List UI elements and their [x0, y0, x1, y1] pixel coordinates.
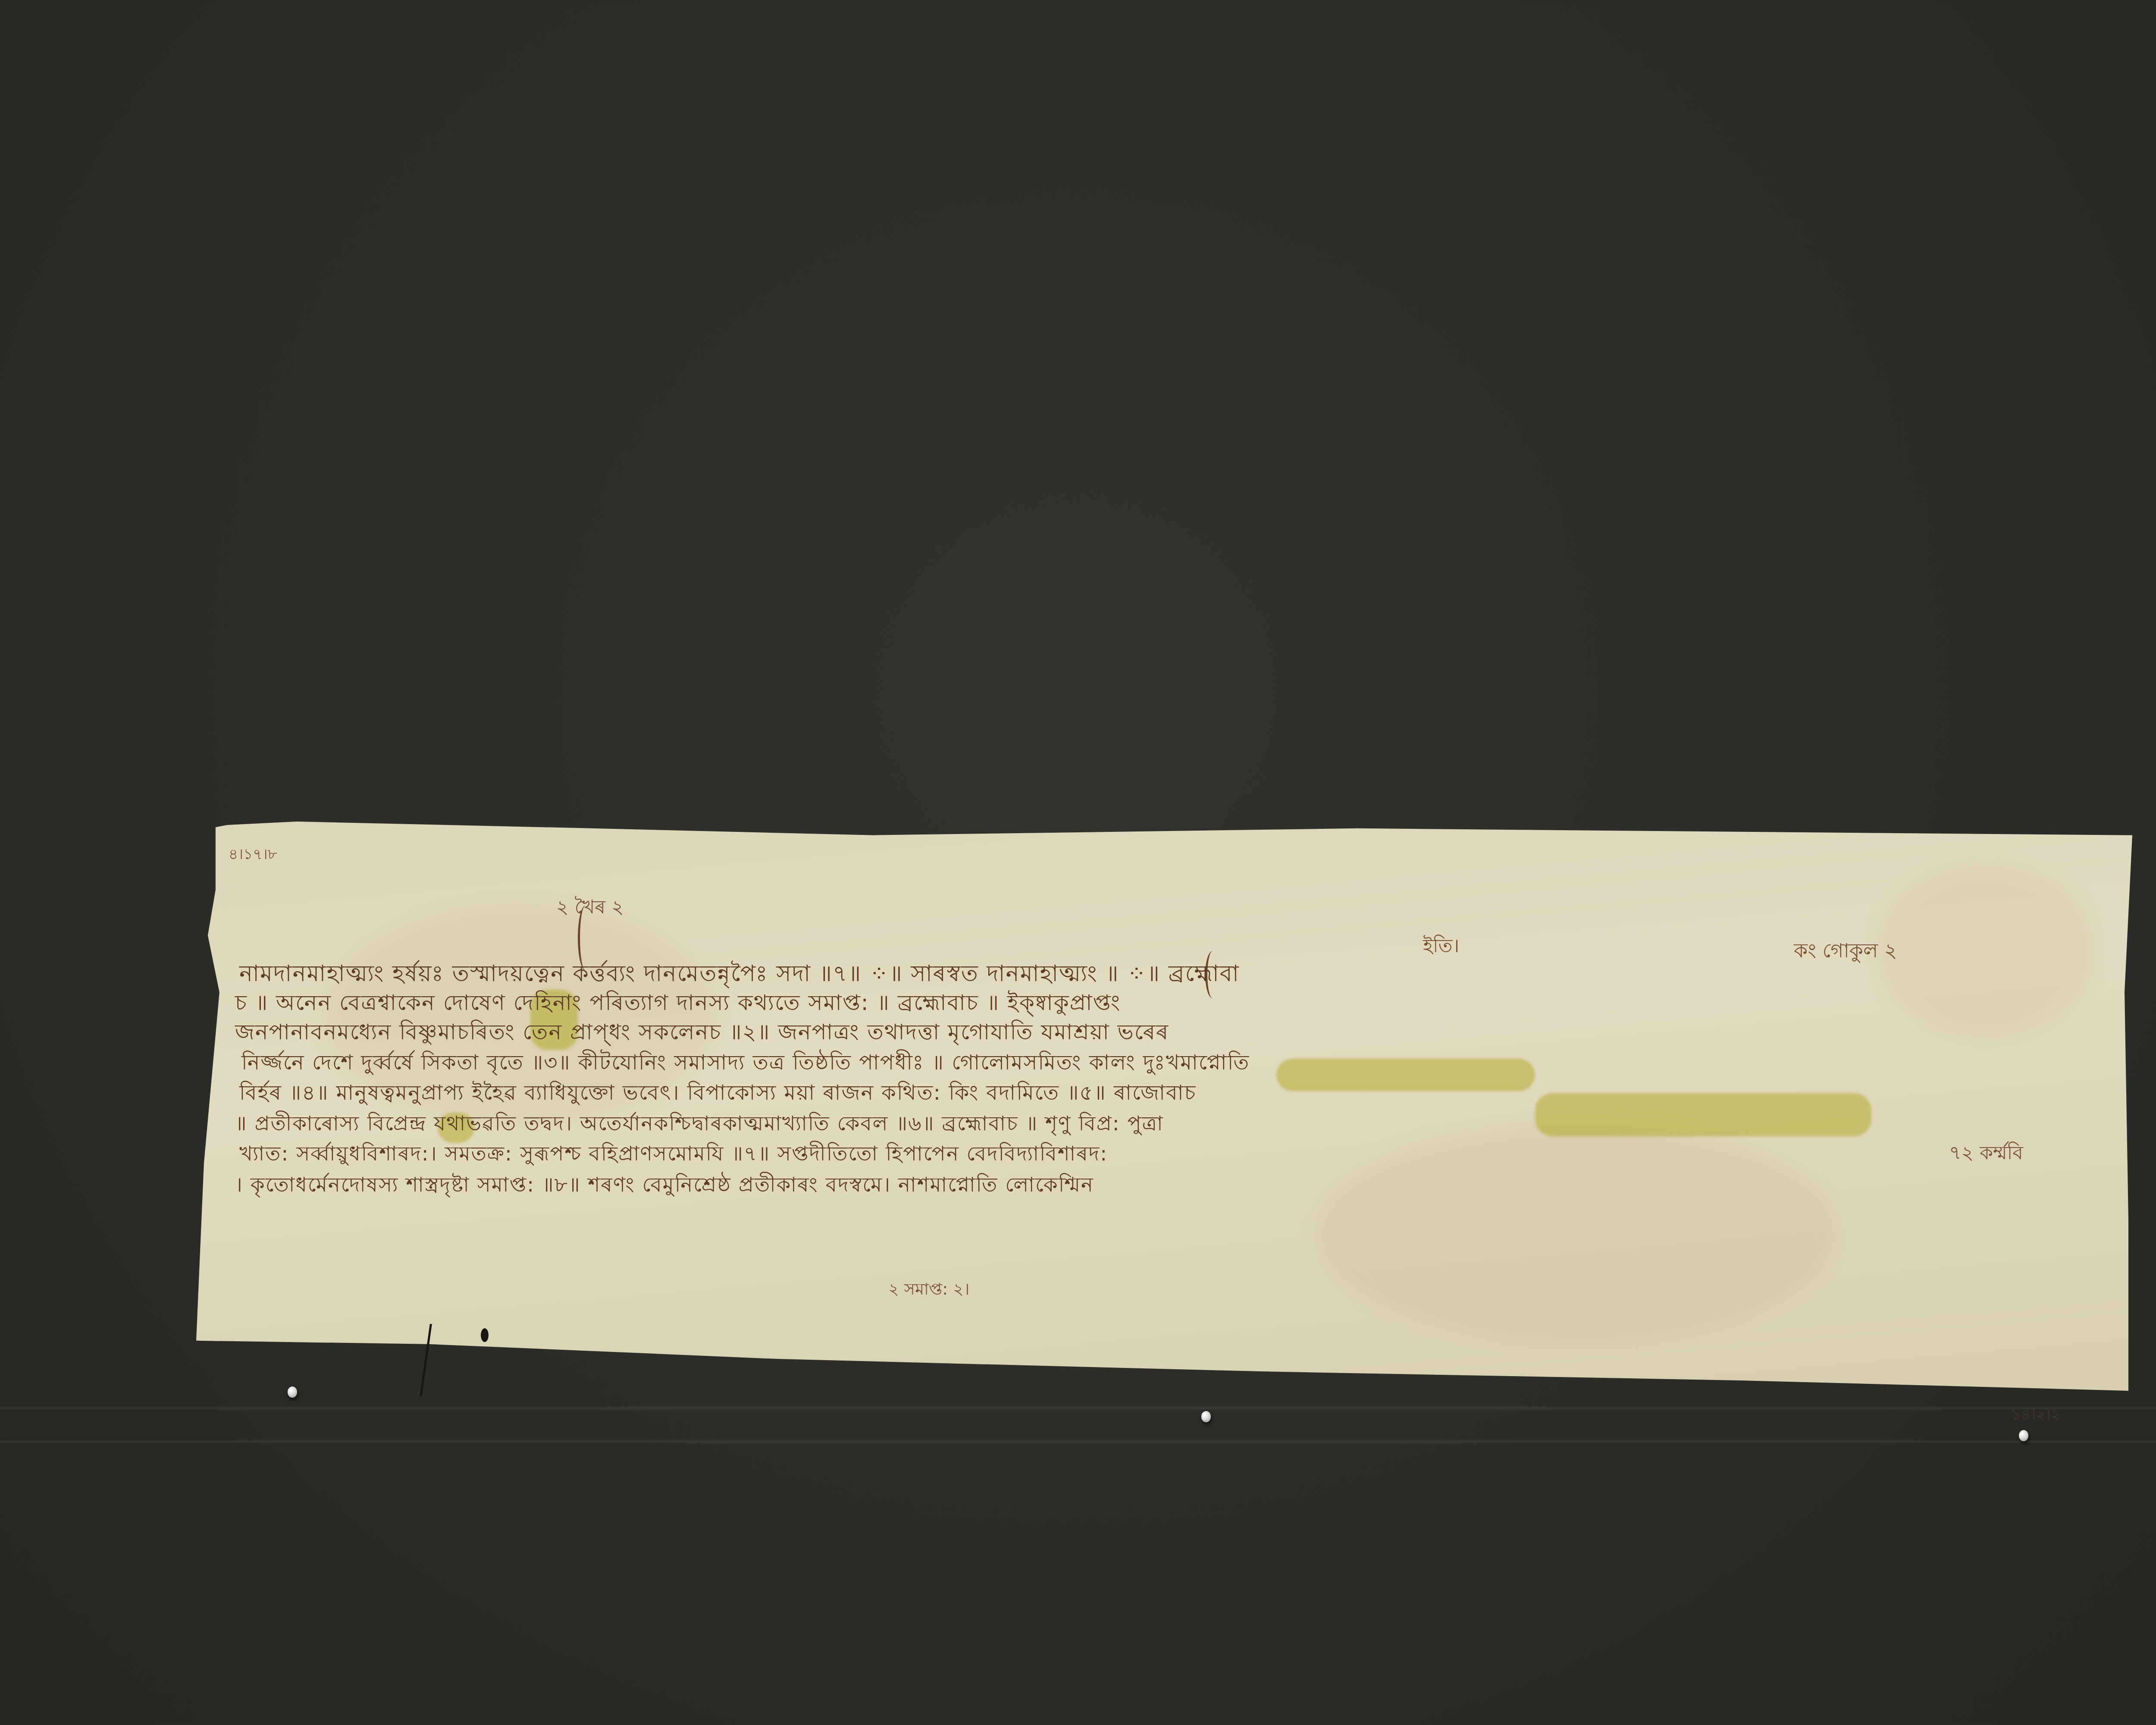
catalog-number: ১৪।২।২: [2012, 1404, 2060, 1428]
text-line: বিৰ্হৰ ॥৪॥ মানুষত্বমনুপ্ৰাপ্য ইহৈৱ ব্যাধ…: [239, 1082, 1197, 1103]
bottom-note: ২ সমাপ্ত: ২।: [888, 1276, 969, 1304]
board-crease: [0, 1407, 2156, 1409]
margin-note-center: ইতি।: [1423, 931, 1459, 963]
pin-icon: [288, 1386, 297, 1398]
highlight-mark: [1276, 1059, 1535, 1091]
text-line: নামদানমাহাত্ম্যং হৰ্ষয়ঃ তস্মাদয়ত্নেন ক…: [239, 963, 1240, 985]
board-crease: [0, 1440, 2156, 1443]
folio-number: ৪।১৭।৮: [229, 843, 277, 868]
paper-stain: [1878, 865, 2093, 1037]
text-line: জনপানাবনমধ্যেন বিষ্ণুমাচৰিতং তেন প্ৰাপ্ধ…: [235, 1021, 1169, 1043]
pin-icon: [1201, 1411, 1211, 1422]
margin-note-right: কং গোকুল ২: [1794, 936, 1897, 969]
paper-stain: [1317, 1123, 1835, 1339]
text-line: চ ॥ অনেন বেত্ৰশ্বাকেন দোষেণ দেহিনাং পৰিত…: [235, 992, 1121, 1013]
text-line: নিৰ্জ্জনে দেশে দুৰ্ব্বৰ্ষে সিকতা বৃতে ॥৩…: [241, 1052, 1250, 1073]
text-line: ॥ প্ৰতীকাৰোস্য বিপ্ৰেন্দ্ৰ যথাভৱতি তদ্বদ…: [235, 1113, 1164, 1134]
worm-hole: [481, 1328, 489, 1342]
text-line: খ্যাত: সৰ্ব্বায়ুধবিশাৰদ:। সমতক্ৰ: সুৰূপ…: [239, 1144, 1108, 1164]
text-line: । কৃতোধৰ্মেনদোষস্য শাস্ত্ৰদৃষ্টা সমাপ্ত:…: [235, 1175, 1094, 1195]
margin-note-side: ৭২ কৰ্ম্মবি: [1949, 1138, 2023, 1170]
highlight-mark: [1535, 1093, 1871, 1136]
